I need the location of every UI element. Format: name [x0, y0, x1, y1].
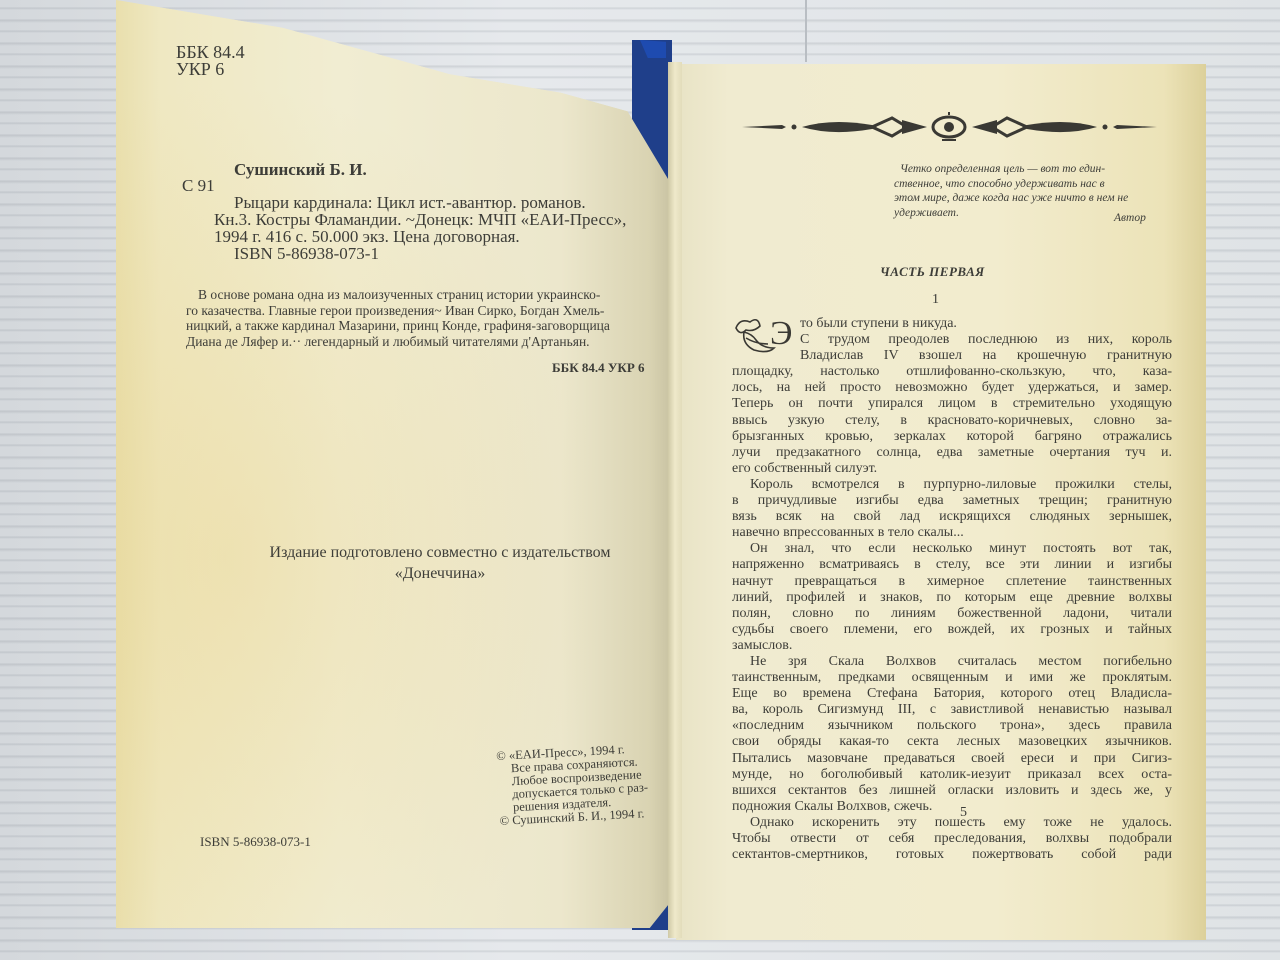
isbn-footer: ISBN 5-86938-073-1: [200, 834, 311, 850]
body-text-line: С трудом преодолев последнюю из них, кор…: [732, 332, 1172, 348]
body-text-line: ввысь узкую стелу, в красновато-коричнев…: [732, 413, 1172, 429]
body-text-line: Король всмотрелся в пурпурно-лиловые про…: [732, 477, 1172, 493]
chapter-body-text: то были ступени в никуда.С трудом преодо…: [732, 316, 1172, 863]
annotation-line: ницкий, а также кардинал Мазарини, принц…: [186, 318, 610, 334]
cooperation-publisher: «Донеччина»: [230, 563, 650, 584]
body-text-line: Еще во времена Стефана Батория, которого…: [732, 686, 1172, 702]
copyright-block: © «ЕАИ-Пресс», 1994 г. Все права сохраня…: [496, 742, 650, 828]
chapter-number: 1: [932, 292, 939, 308]
body-text-line: линий, профилей и знаков, по которым еще…: [732, 590, 1172, 606]
ukr-code: УКР 6: [176, 61, 245, 78]
body-text-line: ва, король Сигизмунд III, с завистливой …: [732, 702, 1172, 718]
body-text-line: площадку, настолько отшлифованно-скользк…: [732, 364, 1172, 380]
body-text-line: то были ступени в никуда.: [732, 316, 1172, 332]
bib-line: Кн.3. Костры Фламандии. ~Донецк: МЧП «ЕА…: [214, 211, 626, 228]
epigraph-author: Автор: [1114, 212, 1146, 224]
body-text-line: Однако искоренить эту пошесть ему тоже н…: [732, 815, 1172, 831]
bib-line: 1994 г. 416 с. 50.000 экз. Цена договорн…: [214, 228, 626, 245]
table-board-seam: [805, 0, 807, 62]
body-text-line: свои обряды какая-то секта лесных мазове…: [732, 734, 1172, 750]
body-text-line: в причудливые изгибы едва заметных трещи…: [732, 493, 1172, 509]
body-text-line: подножия Скалы Волхвов, сжечь.: [732, 799, 1172, 815]
bibliographic-record: Рыцари кардинала: Цикл ист.-авантюр. ром…: [234, 194, 626, 262]
body-text-line: «последним язычником польского трона», з…: [732, 718, 1172, 734]
body-text-line: лучи предзакатного солнца, едва заметные…: [732, 445, 1172, 461]
author-heading: Сушинский Б. И.: [234, 160, 367, 180]
annotation-line: го казачества. Главные герои произведени…: [186, 303, 610, 319]
body-text-line: таинственным, предками освященным и ими …: [732, 670, 1172, 686]
epigraph: Четко определенная цель — вот то един- с…: [894, 162, 1128, 220]
body-text-line: Он знал, что если несколько минут постоя…: [732, 541, 1172, 557]
epigraph-line: удерживает.: [894, 206, 1128, 221]
body-text-line: Чтобы отвести от себя преследования, вол…: [732, 831, 1172, 847]
annotation-line: В основе романа одна из малоизученных ст…: [186, 287, 610, 303]
catalog-index: С 91: [182, 176, 215, 196]
part-title: ЧАСТЬ ПЕРВАЯ: [880, 264, 985, 280]
cooperation-note: Издание подготовлено совместно с издател…: [230, 542, 650, 584]
epigraph-line: ственное, что способно удерживать нас в: [894, 177, 1128, 192]
body-text-line: навечно впрессованных в тело скалы...: [732, 525, 1172, 541]
annotation-classification: ББК 84.4 УКР 6: [552, 360, 645, 376]
book-gutter: [668, 62, 682, 938]
cooperation-line: Издание подготовлено совместно с издател…: [230, 542, 650, 563]
body-text-line: Теперь он почти упирался лицом в стремит…: [732, 396, 1172, 412]
decorative-ornament-icon: [742, 112, 1157, 142]
body-text-line: Владислав IV взошел на крошечную гранитн…: [732, 348, 1172, 364]
bib-isbn: ISBN 5-86938-073-1: [234, 245, 626, 262]
body-text-line: лось, на ней просто невозможно будет уде…: [732, 380, 1172, 396]
body-text-line: полян, словно по линиям божественной лад…: [732, 606, 1172, 622]
annotation: В основе романа одна из малоизученных ст…: [186, 287, 610, 349]
body-text-line: начнут превращаться в химерное сплетение…: [732, 574, 1172, 590]
body-text-line: вшихся сектантов без лишней огласки изло…: [732, 783, 1172, 799]
body-text-line: вязь всяк на свой лад искрящихся слюдяны…: [732, 509, 1172, 525]
body-text-line: напряженно всматриваясь в стелу, все эти…: [732, 557, 1172, 573]
body-text-line: мунде, но боголюбивый католик-иезуит при…: [732, 767, 1172, 783]
body-text-line: его собственный силуэт.: [732, 461, 1172, 477]
classification-code: ББК 84.4 УКР 6: [176, 44, 245, 78]
body-text-line: Пытались мазовчане предаваться своей ере…: [732, 751, 1172, 767]
body-text-line: сектантов-смертников, готовых пожертвова…: [732, 847, 1172, 863]
epigraph-line: этом мире, даже когда нас уже ничто в не…: [894, 191, 1128, 206]
body-text-line: судьбы своего племени, его вождей, их гр…: [732, 622, 1172, 638]
bib-line: Рыцари кардинала: Цикл ист.-авантюр. ром…: [234, 194, 626, 211]
body-text-line: замыслов.: [732, 638, 1172, 654]
annotation-line: Диана де Ляфер и.·· легендарный и любимы…: [186, 334, 610, 350]
epigraph-line: Четко определенная цель — вот то един-: [894, 162, 1128, 177]
page-number: 5: [960, 805, 967, 821]
body-text-line: Не зря Скала Волхвов считалась местом по…: [732, 654, 1172, 670]
body-text-line: брызганных кровью, зеркалах которой багр…: [732, 429, 1172, 445]
